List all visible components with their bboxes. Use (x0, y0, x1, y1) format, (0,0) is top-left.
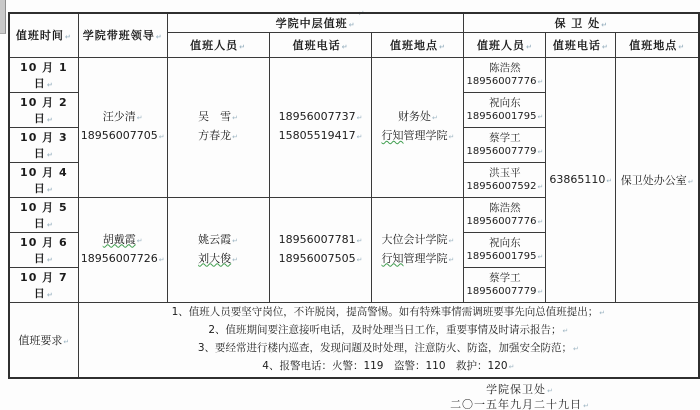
requirements-label: 值班要求 (9, 302, 78, 378)
date-cell: 10 月 6 日 (9, 232, 78, 267)
requirements-row: 值班要求 1、值班人员要坚守岗位，不许脱岗，提高警惕。如有特殊事情需调班要事先向… (9, 302, 699, 378)
security-phone: 18956007776 (466, 75, 543, 89)
leader-name: 汪少清 (81, 108, 165, 127)
security-office-phone: 63865110 (548, 173, 613, 186)
security-name: 洪玉平 (466, 166, 543, 180)
date-cell: 10 月 7 日 (9, 267, 78, 302)
requirement-item: 2、值班期间要注意接听电话，及时处理当日工作，重要事情及时请示报告； (81, 322, 696, 340)
place-suffix: 管理学院 (404, 129, 448, 142)
security-person-cell: 陈浩然 18956007776 (464, 57, 546, 92)
leader-cell: 胡戴霞 18956007726 (78, 197, 167, 302)
header-row-groups: 值班时间 学院带班领导 学院中层值班 保 卫 处 (9, 13, 699, 32)
security-name: 陈浩然 (466, 201, 543, 215)
date-cell: 10 月 4 日 (9, 162, 78, 197)
security-name: 陈浩然 (466, 61, 543, 75)
security-office-place-cell: 保卫处办公室 (616, 57, 699, 302)
date-cell: 10 月 5 日 (9, 197, 78, 232)
signature-block: 学院保卫处 二〇一五年九月二十九日 (400, 383, 640, 410)
middle-phone-cell: 18956007737 15805519417 (269, 57, 372, 197)
middle-phone-cell: 18956007781 18956007505 (269, 197, 372, 302)
security-person-cell: 蔡学工 18956007779 (464, 127, 546, 162)
header-security-phone: 值班电话 (546, 32, 616, 57)
leader-phone: 18956007705 (81, 127, 165, 146)
security-person-cell: 蔡学工 18956007779 (464, 267, 546, 302)
header-security-place: 值班地点 (616, 32, 699, 57)
security-name: 祝向东 (466, 96, 543, 110)
middle-place-1: 大位会计学院 (374, 231, 461, 250)
security-phone: 18956007779 (466, 145, 543, 159)
middle-phone-2: 15805519417 (272, 127, 370, 146)
requirements-content: 1、值班人员要坚守岗位，不许脱岗，提高警惕。如有特殊事情需调班要事先向总值班提出… (78, 302, 699, 378)
header-college-leader: 学院带班领导 (78, 13, 167, 57)
security-office-phone-cell: 63865110 (546, 57, 616, 302)
signature-date: 二〇一五年九月二十九日 (400, 398, 640, 410)
place-prefix: 行知 (382, 129, 404, 142)
header-middle-place: 值班地点 (372, 32, 464, 57)
requirement-item: 3、要经常进行楼内巡查，发现问题及时处理，注意防火、防盗，加强安全防范； (81, 340, 696, 358)
security-person-cell: 祝向东 18956001795 (464, 232, 546, 267)
middle-person-2-text: 刘大俊 (198, 252, 231, 265)
header-duty-time: 值班时间 (9, 13, 78, 57)
middle-phone-2: 18956007505 (272, 250, 370, 269)
header-group-middle-duty: 学院中层值班 (167, 13, 464, 32)
security-office-place: 保卫处办公室 (618, 172, 696, 188)
leader-name-text: 胡戴霞 (103, 233, 136, 246)
security-person-cell: 陈浩然 18956007776 (464, 197, 546, 232)
header-middle-person: 值班人员 (167, 32, 269, 57)
header-middle-phone: 值班电话 (269, 32, 372, 57)
middle-person-2: 刘大俊 (170, 250, 267, 269)
security-phone: 18956007776 (466, 215, 543, 229)
leader-name: 胡戴霞 (81, 231, 165, 250)
security-name: 祝向东 (466, 236, 543, 250)
security-person-cell: 洪玉平 18956007592 (464, 162, 546, 197)
place-suffix: 管理学院 (404, 252, 448, 265)
security-name: 蔡学工 (466, 131, 543, 145)
date-cell: 10 月 3 日 (9, 127, 78, 162)
security-phone: 18956001795 (466, 110, 543, 124)
middle-place-2: 行知管理学院 (374, 127, 461, 146)
place-prefix: 行知 (382, 252, 404, 265)
middle-phone-1: 18956007737 (272, 108, 370, 127)
middle-person-cell: 吴 雪 方春龙 (167, 57, 269, 197)
middle-place-cell: 大位会计学院 行知管理学院 (372, 197, 464, 302)
date-cell: 10 月 1 日 (9, 57, 78, 92)
scrollbar-fragment (0, 0, 6, 34)
security-name: 蔡学工 (466, 271, 543, 285)
leader-phone: 18956007726 (81, 250, 165, 269)
security-phone: 18956007592 (466, 180, 543, 194)
security-phone: 18956007779 (466, 285, 543, 299)
middle-place-1: 财务处 (374, 108, 461, 127)
document-page: 值班时间 学院带班领导 学院中层值班 保 卫 处 值班人员 值班电话 值班地点 … (0, 0, 700, 410)
duty-roster-table: 值班时间 学院带班领导 学院中层值班 保 卫 处 值班人员 值班电话 值班地点 … (8, 12, 700, 379)
security-person-cell: 祝向东 18956001795 (464, 92, 546, 127)
table-row: 10 月 1 日 汪少清 18956007705 吴 雪 方春龙 1895600… (9, 57, 699, 92)
middle-phone-1: 18956007781 (272, 231, 370, 250)
header-group-security-office: 保 卫 处 (464, 13, 699, 32)
date-cell: 10 月 2 日 (9, 92, 78, 127)
middle-person-1: 吴 雪 (170, 108, 267, 127)
middle-person-2: 方春龙 (170, 127, 267, 146)
middle-person-1: 姚云霞 (170, 231, 267, 250)
requirement-item: 4、报警电话：火警：119 盗警：110 救护：120 (81, 358, 696, 376)
middle-place-2: 行知管理学院 (374, 250, 461, 269)
signature-org: 学院保卫处 (400, 383, 640, 398)
leader-cell: 汪少清 18956007705 (78, 57, 167, 197)
middle-person-cell: 姚云霞 刘大俊 (167, 197, 269, 302)
header-security-person: 值班人员 (464, 32, 546, 57)
middle-place-cell: 财务处 行知管理学院 (372, 57, 464, 197)
requirement-item: 1、值班人员要坚守岗位，不许脱岗，提高警惕。如有特殊事情需调班要事先向总值班提出… (81, 304, 696, 322)
security-phone: 18956001795 (466, 250, 543, 264)
